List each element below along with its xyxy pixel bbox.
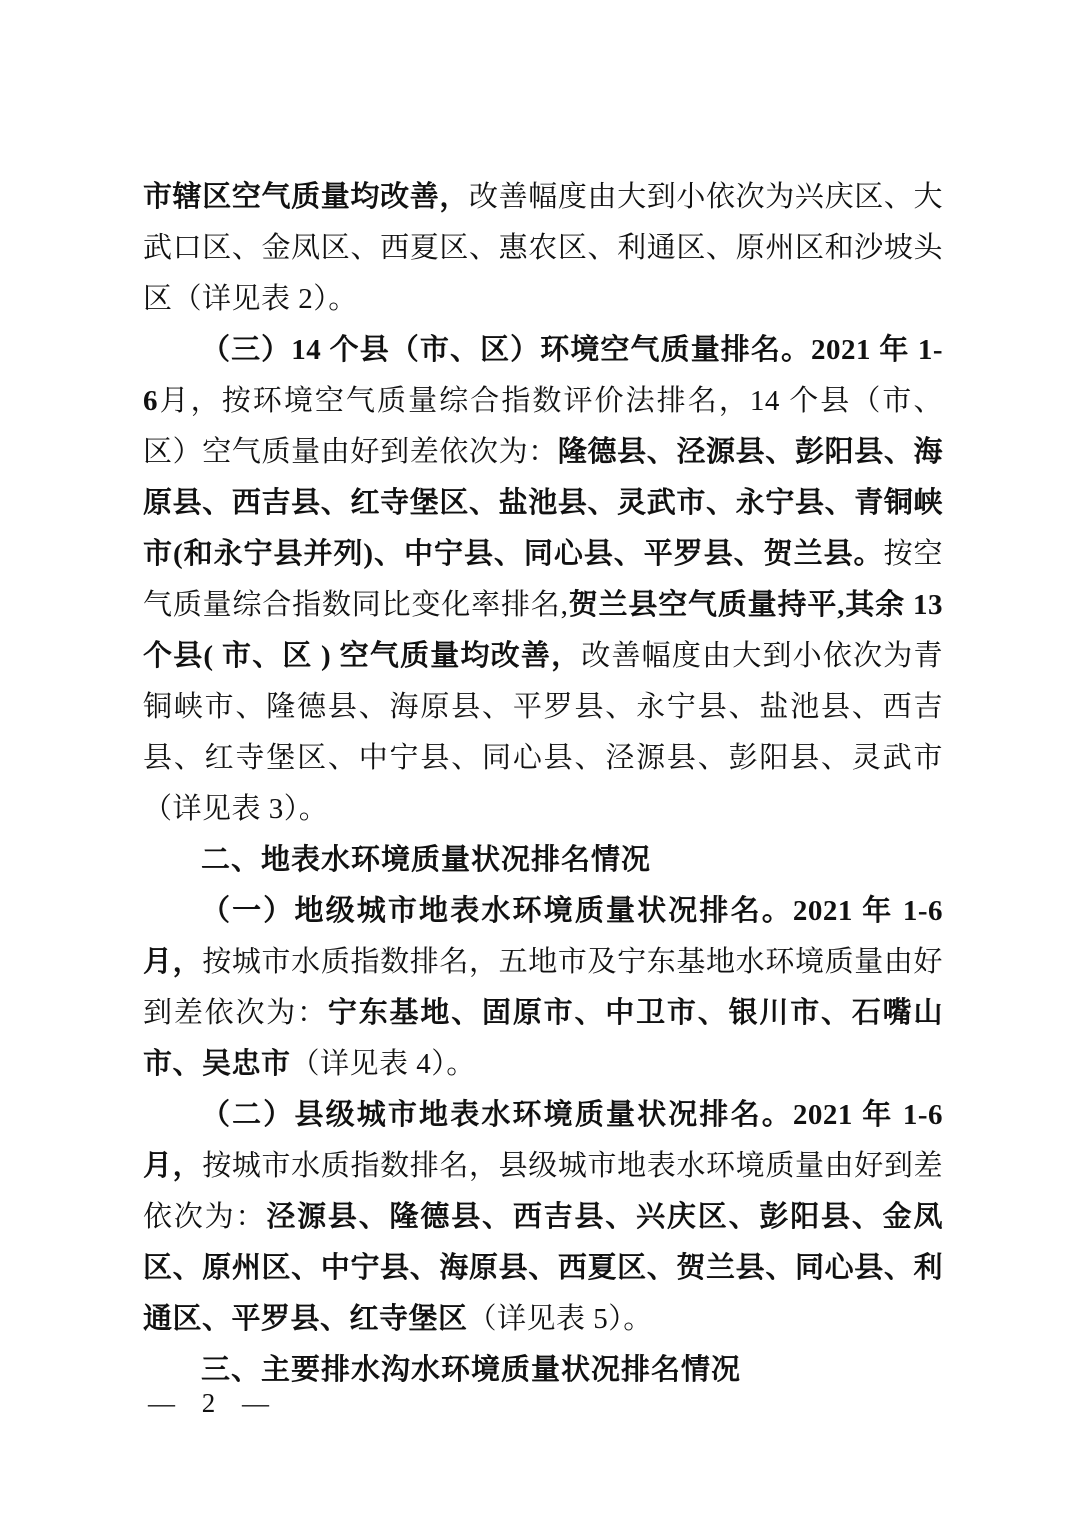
document-page: 市辖区空气质量均改善，改善幅度由大到小依次为兴庆区、大武口区、金凤区、西夏区、惠…	[0, 0, 1075, 1520]
paragraph-municipal-air-quality: 市辖区空气质量均改善，改善幅度由大到小依次为兴庆区、大武口区、金凤区、西夏区、惠…	[143, 172, 943, 325]
paragraph-county-air-ranking: （三）14 个县（市、区）环境空气质量排名。2021 年 1-6月，按环境空气质…	[143, 325, 943, 835]
paragraph-prefecture-water-ranking: （一）地级城市地表水环境质量状况排名。2021 年 1-6 月，按城市水质指数排…	[143, 886, 943, 1090]
heading-surface-water-section: 二、地表水环境质量状况排名情况	[143, 835, 943, 886]
page-number: — 2 —	[148, 1388, 279, 1419]
text-run: （详见表 5）。	[468, 1303, 653, 1335]
document-body: 市辖区空气质量均改善，改善幅度由大到小依次为兴庆区、大武口区、金凤区、西夏区、惠…	[143, 172, 943, 1396]
paragraph-county-water-ranking: （二）县级城市地表水环境质量状况排名。2021 年 1-6 月，按城市水质指数排…	[143, 1090, 943, 1345]
text-run: （详见表 4）。	[291, 1048, 476, 1080]
text-run-bold: 市辖区空气质量均改善，	[143, 181, 469, 213]
